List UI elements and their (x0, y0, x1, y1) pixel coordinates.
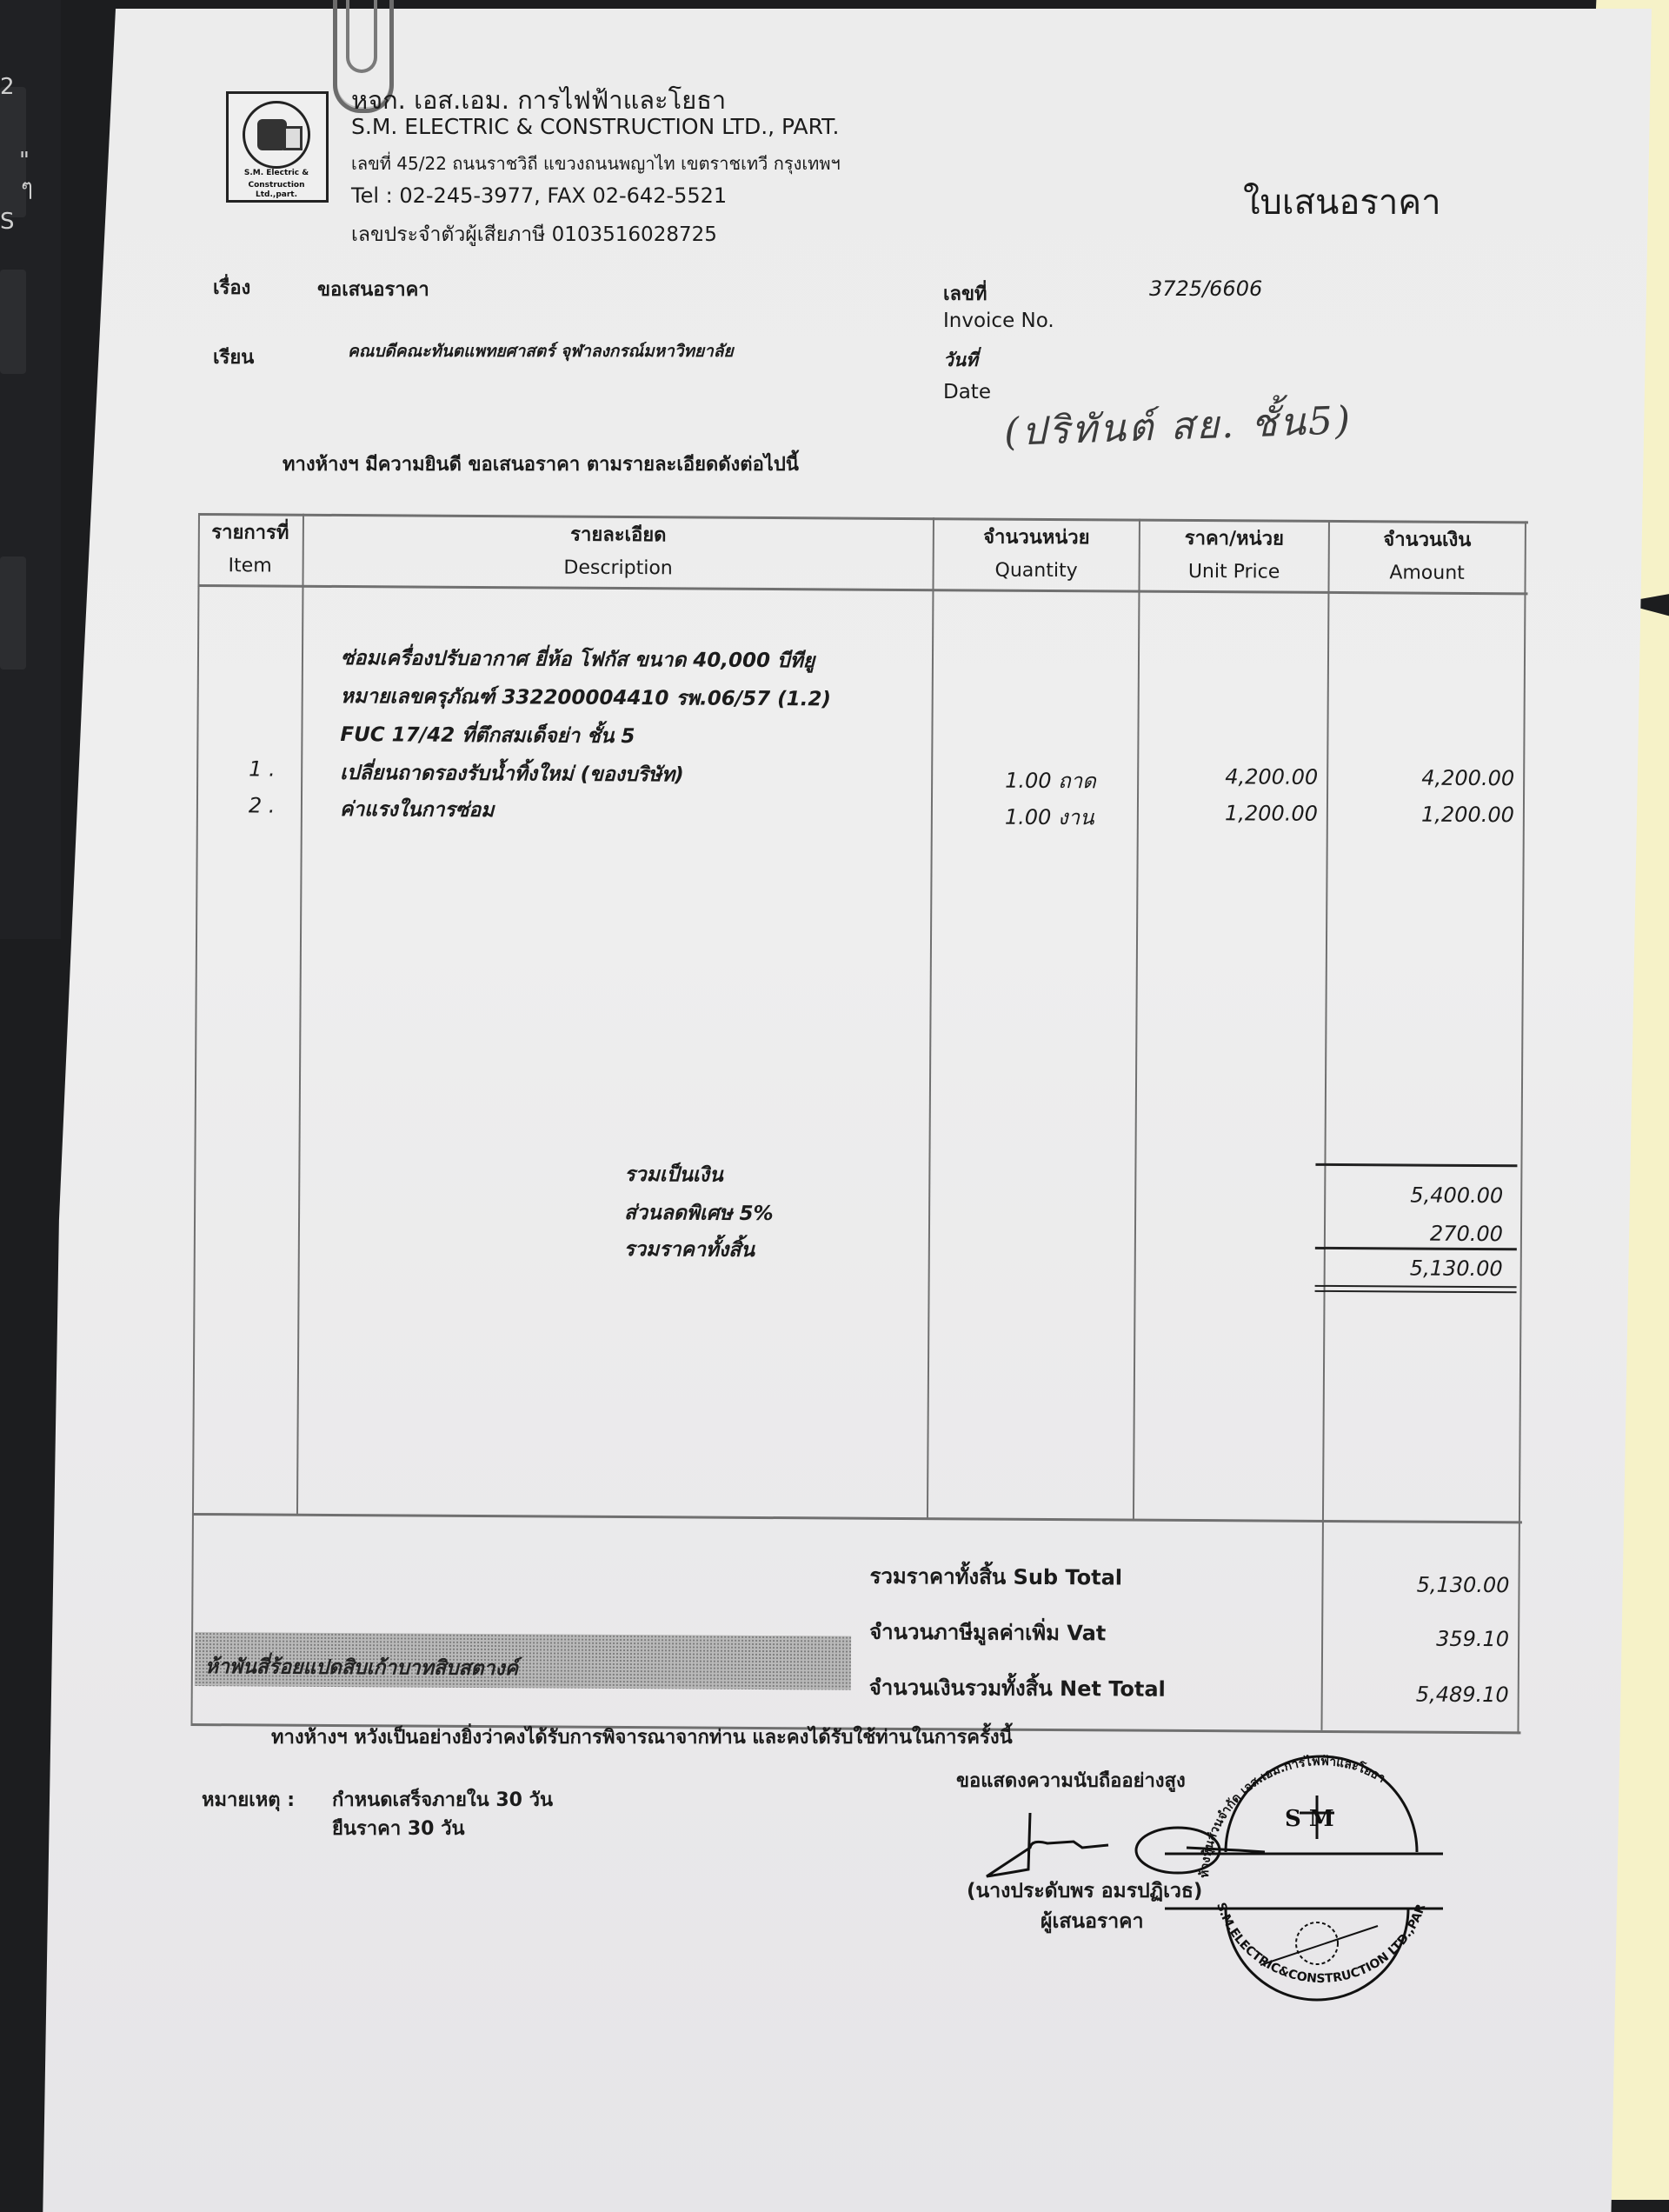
amount-in-words-box: ห้าพันสี่ร้อยแปดสิบเก้าบาทสิบสตางค์ (195, 1632, 851, 1690)
summary-value-grand: 5,130.00 (1410, 1256, 1503, 1282)
company-address: เลขที่ 45/22 ถนนราชวิถี แขวงถนนพญาไท เขต… (351, 150, 841, 177)
logo-caption-line1: S.M. Electric & (230, 169, 322, 178)
subject-value: ขอเสนอราคา (317, 274, 429, 304)
remark-item: กำหนดเสร็จภายใน 30 วัน (332, 1784, 553, 1815)
summary-label-grand: รวมราคาทั้งสิ้น (624, 1234, 755, 1266)
column-header-unit-price: ราคา/หน่วยUnit Price (1140, 523, 1327, 590)
net-total-value: 5,489.10 (1416, 1682, 1509, 1708)
row-unit-price: 1,200.00 (1139, 801, 1318, 826)
subject-label: เรื่อง (213, 272, 250, 303)
row-unit-price: 4,200.00 (1139, 764, 1318, 790)
column-header-quantity: จำนวนหน่วยQuantity (934, 521, 1138, 588)
date-label: Date (943, 381, 991, 403)
closing-statement: ทางห้างฯ หวังเป็นอย่างยิ่งว่าคงได้รับการ… (271, 1722, 1013, 1752)
amount-in-words: ห้าพันสี่ร้อยแปดสิบเก้าบาทสิบสตางค์ (205, 1651, 518, 1684)
row-description: ค่าแรงในการซ่อม (340, 794, 495, 826)
recipient-value: คณบดีคณะทันตแพทยศาสตร์ จุฬาลงกรณ์มหาวิทย… (348, 338, 734, 364)
document-title: ใบเสนอราคา (1243, 174, 1441, 230)
summary-label-total: รวมเป็นเงิน (624, 1159, 723, 1191)
row-item-number: 1 . (249, 756, 276, 781)
vat-value: 359.10 (1436, 1627, 1509, 1652)
handwritten-note: (ปริทันต์ สย. ชั้น5) (1003, 390, 1353, 463)
regards-text: ขอแสดงความนับถืออย่างสูง (956, 1765, 1186, 1796)
description-line: หมายเลขครุภัณฑ์ 332200004410 รพ.06/57 (1… (341, 681, 831, 715)
company-logo: S.M. Electric & Construction Ltd.,part. (226, 91, 329, 203)
remarks-label: หมายเหตุ : (202, 1784, 295, 1815)
summary-value-discount: 270.00 (1430, 1222, 1503, 1247)
summary-label-discount: ส่วนลดพิเศษ 5% (624, 1197, 774, 1229)
row-amount: 1,200.00 (1328, 802, 1514, 827)
quotation-table: รายการที่Item รายละเอียดDescription จำนว… (191, 513, 1528, 1729)
invoice-number-label-thai: เลขที่ (943, 278, 987, 309)
row-amount: 4,200.00 (1328, 765, 1514, 790)
company-stamp-icon: S M ห้างหุ้นส่วนจำกัด เอส.เอม.การไฟฟ้าแล… (1156, 1730, 1486, 2017)
invoice-number-label: Invoice No. (943, 310, 1054, 332)
signer-role: ผู้เสนอราคา (1041, 1906, 1143, 1937)
subtotal-value: 5,130.00 (1417, 1573, 1510, 1598)
date-label-thai: วันที่ (943, 346, 978, 375)
vat-label: จำนวนภาษีมูลค่าเพิ่ม Vat (869, 1615, 1106, 1650)
column-header-description: รายละเอียดDescription (304, 517, 933, 587)
remark-item: ยืนราคา 30 วัน (332, 1813, 465, 1843)
column-header-amount: จำนวนเงินAmount (1329, 523, 1524, 590)
row-quantity: 1.00 งาน (1005, 800, 1094, 835)
company-phone-fax: Tel : 02-245-3977, FAX 02-642-5521 (351, 183, 727, 208)
subtotal-label: รวมราคาทั้งสิ้น Sub Total (869, 1559, 1122, 1595)
row-quantity: 1.00 ถาด (1005, 763, 1096, 798)
recipient-label: เรียน (213, 342, 254, 372)
summary-value-total: 5,400.00 (1410, 1183, 1503, 1209)
description-line: ซ่อมเครื่องปรับอากาศ ยี่ห้อ โฟกัส ขนาด 4… (341, 643, 815, 676)
description-line: FUC 17/42 ที่ตึกสมเด็จย่า ชั้น 5 (340, 719, 635, 752)
company-tax-id: เลขประจำตัวผู้เสียภาษี 0103516028725 (351, 219, 717, 250)
invoice-number: 3725/6606 (1149, 276, 1262, 301)
quotation-document: S.M. Electric & Construction Ltd.,part. … (0, 0, 1669, 2212)
logo-emblem-icon (243, 101, 310, 169)
svg-text:S M: S M (1285, 1806, 1334, 1832)
company-name-english: S.M. ELECTRIC & CONSTRUCTION LTD., PART. (351, 114, 839, 139)
intro-text: ทางห้างฯ มีความยินดี ขอเสนอราคา ตามรายละ… (283, 449, 799, 479)
row-item-number: 2 . (249, 793, 276, 817)
row-description: เปลี่ยนถาดรองรับน้ำทิ้งใหม่ (ของบริษัท) (340, 757, 684, 790)
net-total-label: จำนวนเงินรวมทั้งสิ้น Net Total (869, 1670, 1166, 1706)
column-header-item: รายการที่Item (198, 516, 303, 583)
logo-caption-line2: Construction Ltd.,part. (230, 181, 322, 200)
